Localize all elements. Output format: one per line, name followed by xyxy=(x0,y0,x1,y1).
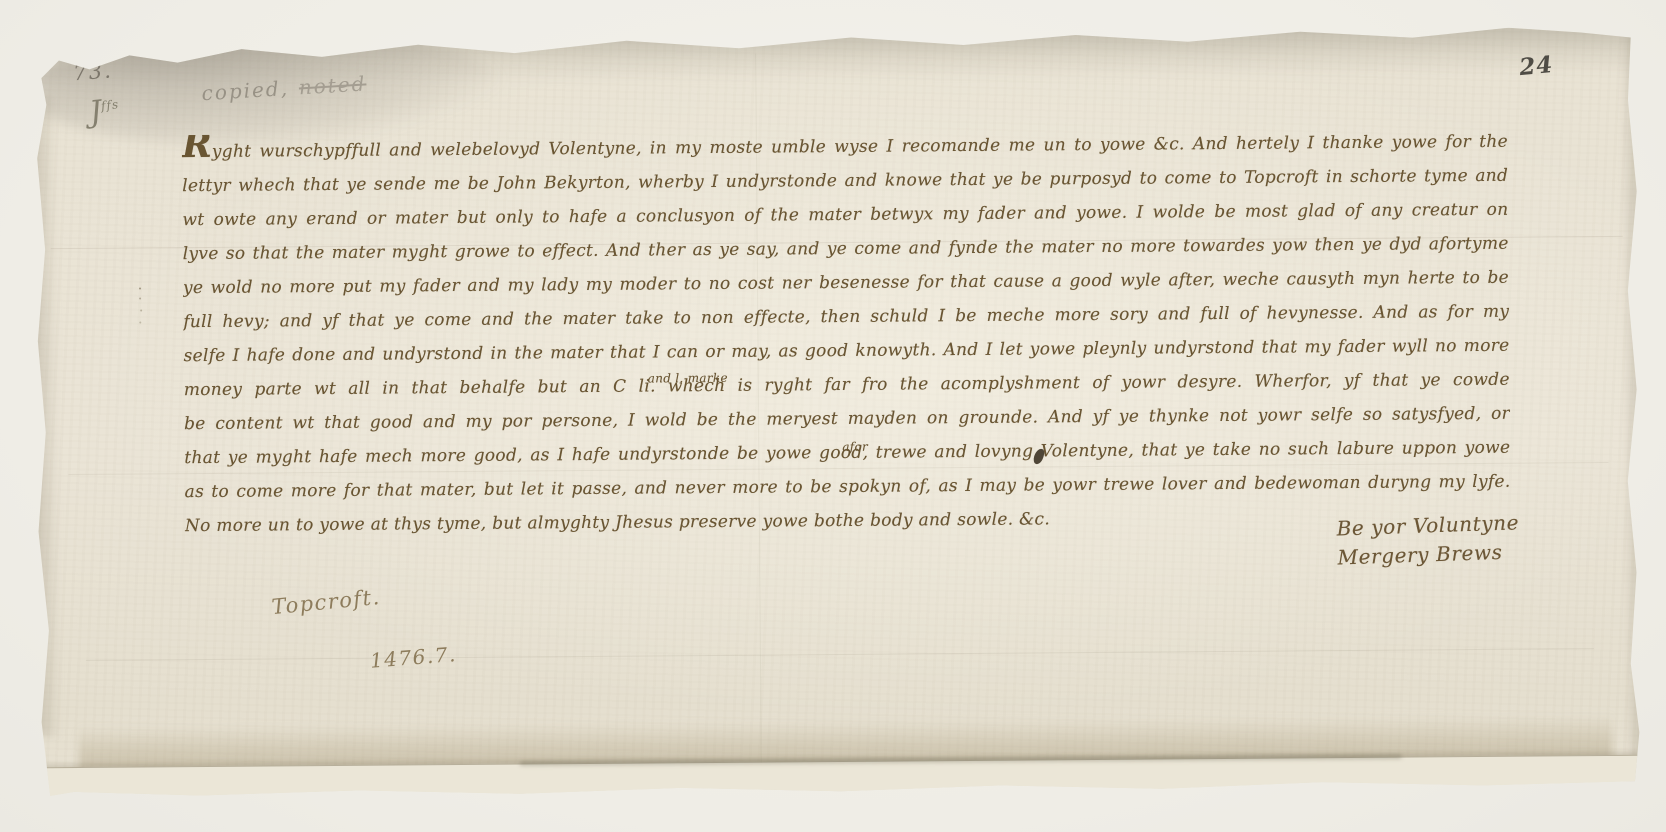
endorsement-date: 1476.7. xyxy=(369,642,457,673)
archival-number: 73. xyxy=(72,58,113,85)
margin-ink-dots xyxy=(139,287,141,289)
archivist-monogram: Jffs xyxy=(88,92,122,130)
noted-annotation-struck: noted xyxy=(298,71,367,99)
scanned-document-page: 73. copied,noted Jffs 24 Ryght wurschypf… xyxy=(0,0,1666,832)
edge-fleck xyxy=(23,57,34,71)
interlinear-insertion: and l. marke xyxy=(648,371,728,386)
signature-block: Be yor Voluntyne Mergery Brews xyxy=(1336,508,1520,572)
crease-line xyxy=(86,648,1594,661)
right-edge-stain xyxy=(1619,24,1645,786)
monogram-flourish: ffs xyxy=(100,97,120,113)
endorsement-place: Topcroft. xyxy=(271,585,382,619)
signature-line-name: Mergery Brews xyxy=(1337,537,1520,572)
folio-number: 24 xyxy=(1518,51,1554,81)
interlinear-insertion: afor xyxy=(842,440,868,454)
manuscript-sheet: 73. copied,noted Jffs 24 Ryght wurschypf… xyxy=(33,24,1643,799)
letter-body: Ryght wurschypffull and welebelovyd Vole… xyxy=(182,125,1511,543)
left-edge-stain xyxy=(30,96,61,736)
